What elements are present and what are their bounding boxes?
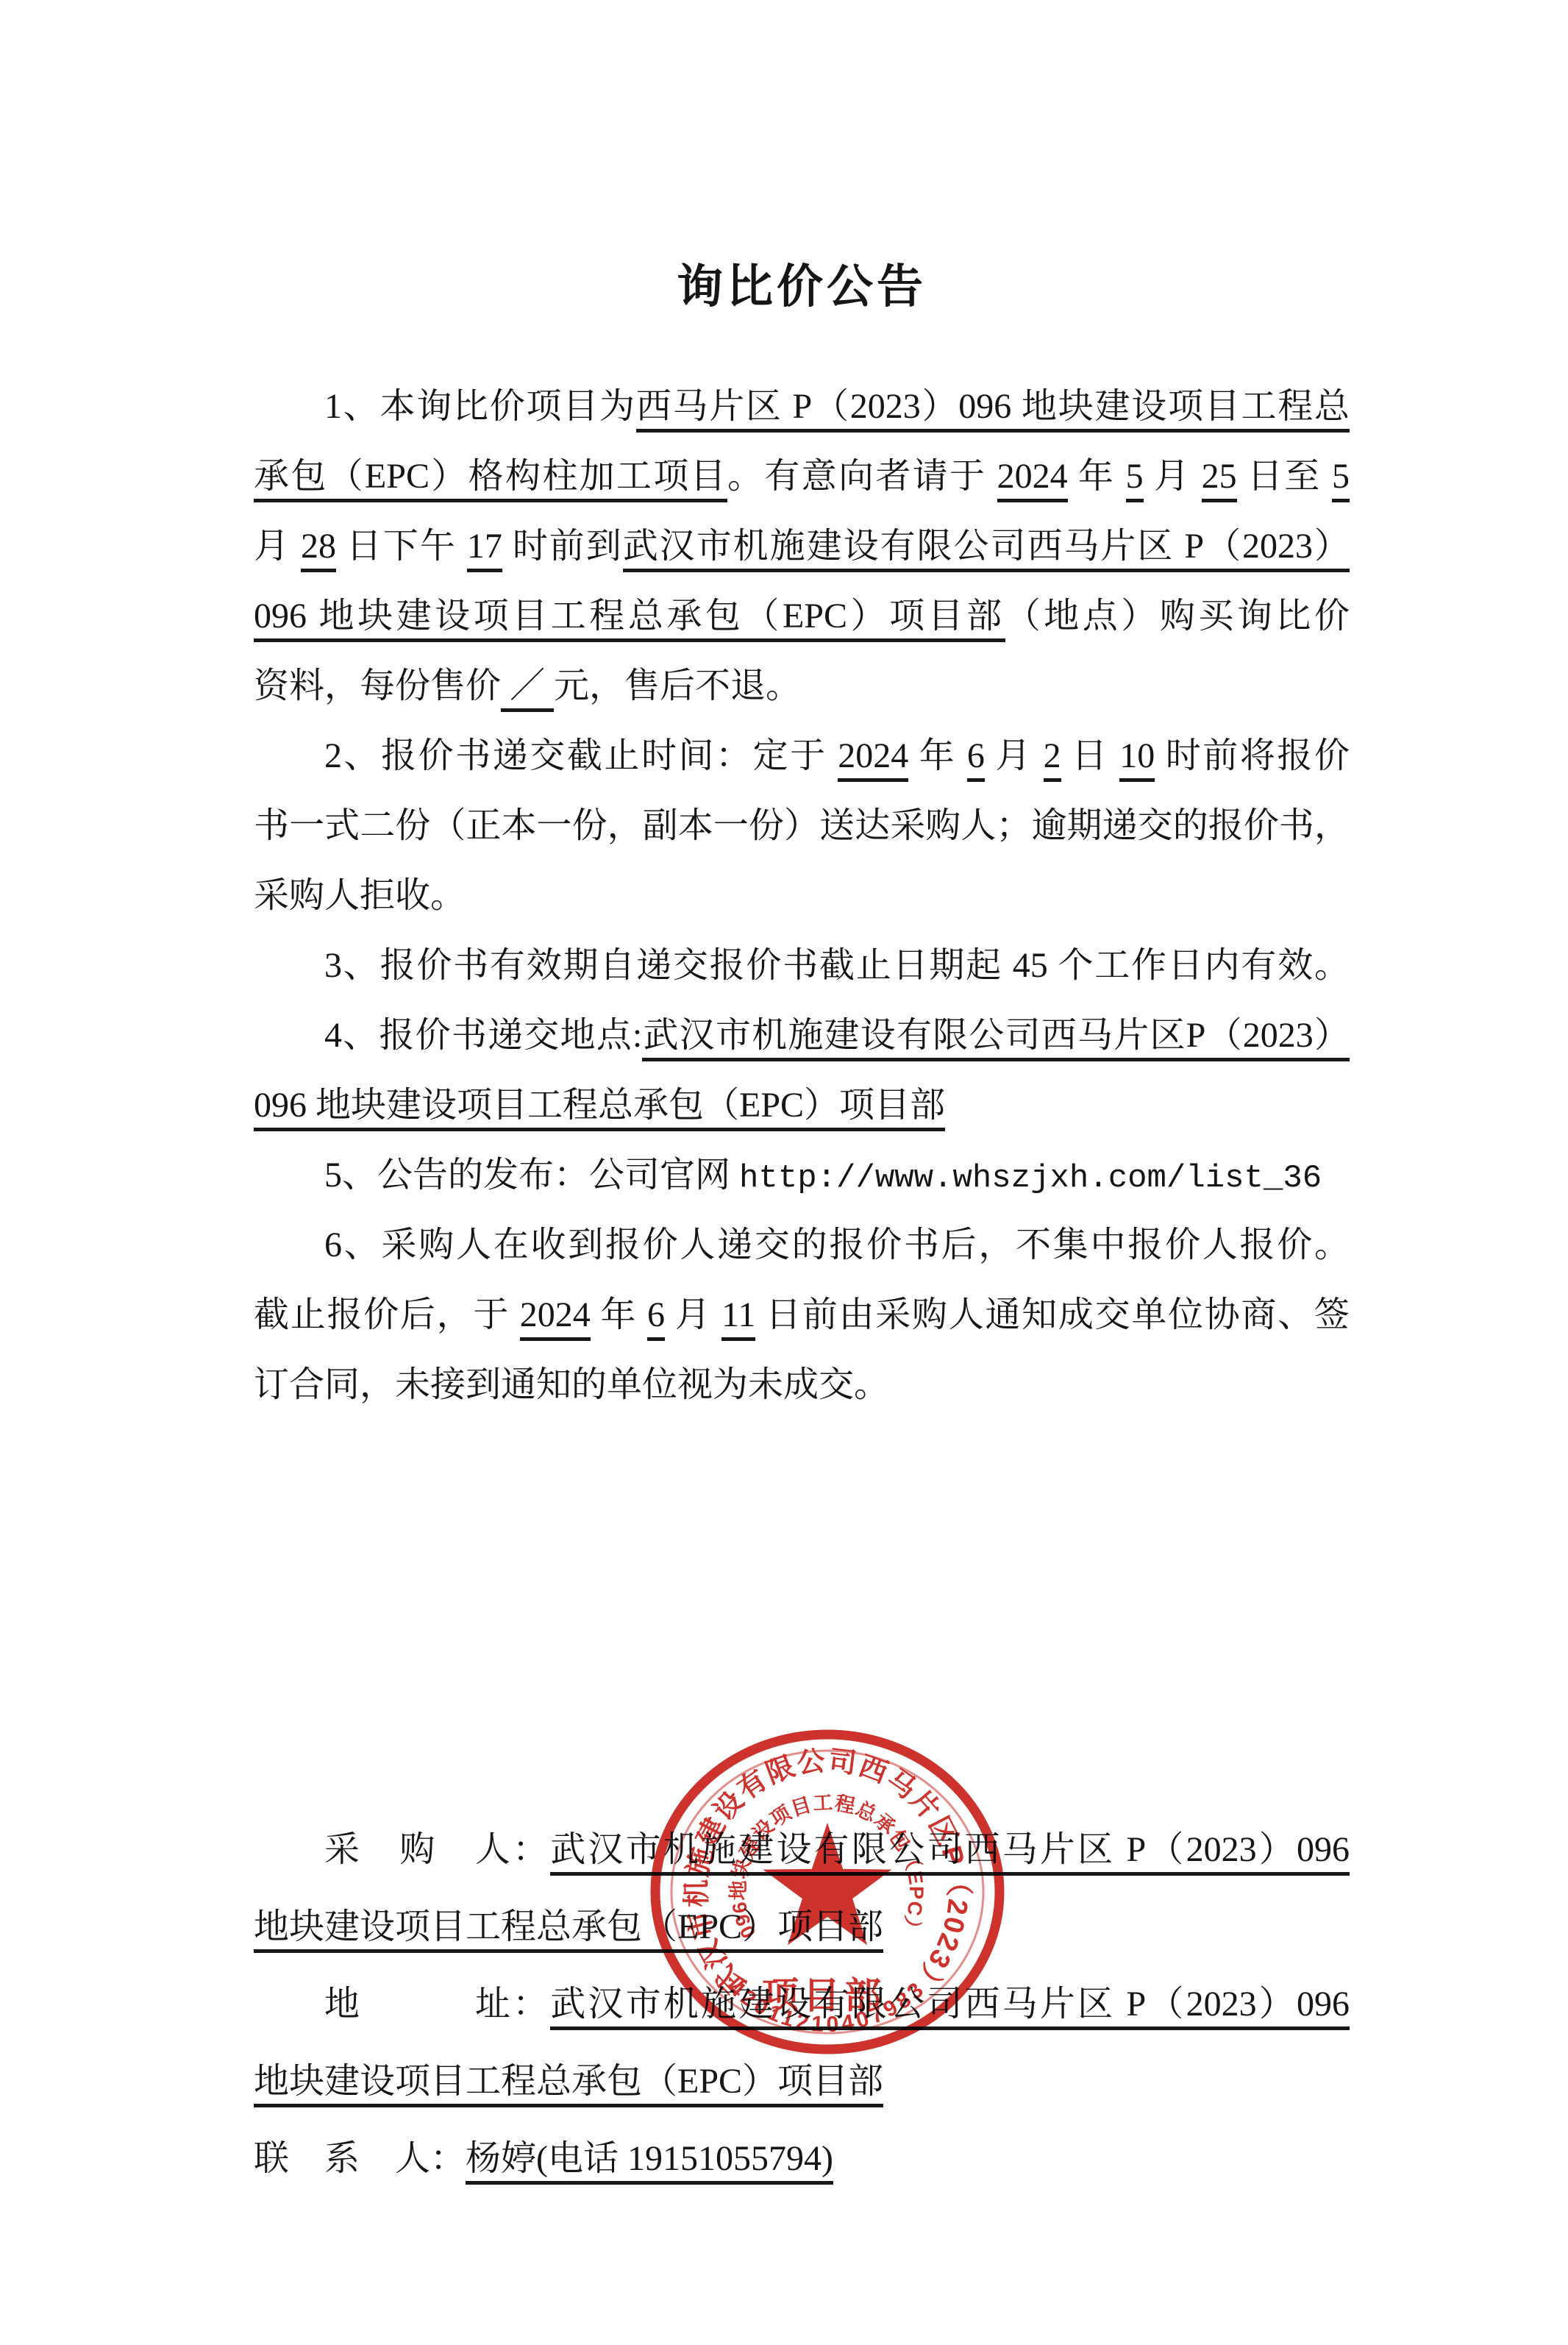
document-line: 4、报价书递交地点:武汉市机施建设有限公司西马片区P（2023） xyxy=(254,1000,1350,1070)
document-line: 096 地块建设项目工程总承包（EPC）项目部（地点）购买询比价 xyxy=(254,581,1350,651)
document-line: 承包（EPC）格构柱加工项目。有意向者请于 2024 年 5 月 25 日至 5 xyxy=(254,441,1350,511)
text-run: 截止报价后，于 xyxy=(254,1295,520,1334)
text-run: 书一式二份（正本一份，副本一份）送达采购人；逾期递交的报价书， xyxy=(254,806,1350,845)
underlined-text: 11 xyxy=(721,1295,755,1341)
official-seal-stamp: 武汉市机施建设有限公司西马片区P（2023） 096地块建设项目工程总承包（EP… xyxy=(636,1701,1019,2083)
document-line: 1、本询比价项目为西马片区 P（2023）096 地块建设项目工程总 xyxy=(254,371,1350,441)
document-body: 1、本询比价项目为西马片区 P（2023）096 地块建设项目工程总承包（EPC… xyxy=(254,371,1350,1420)
document-line: 6、采购人在收到报价人递交的报价书后，不集中报价人报价。 xyxy=(254,1210,1350,1280)
underlined-text: 5 xyxy=(1126,457,1144,502)
text-run: 采 购 人： xyxy=(324,1830,550,1869)
underlined-text: 2024 xyxy=(520,1295,591,1341)
text-run: 元，售后不退。 xyxy=(554,666,801,705)
text-run: 4、报价书递交地点: xyxy=(324,1016,642,1055)
document-line: 联 系 人：杨婷(电话 19151055794) xyxy=(254,2120,1350,2197)
document-line: 2、报价书递交截止时间：定于 2024 年 6 月 2 日 10 时前将报价 xyxy=(254,721,1350,791)
url-text: http://www.whszjxh.com/list_36 xyxy=(739,1160,1322,1197)
underlined-text: 2024 xyxy=(997,457,1068,502)
underlined-text: 6 xyxy=(967,736,985,782)
document-title: 询比价公告 xyxy=(254,253,1350,321)
text-run: 日至 xyxy=(1237,457,1332,496)
scanned-document-page: 询比价公告 1、本询比价项目为西马片区 P（2023）096 地块建设项目工程总… xyxy=(0,0,1568,2345)
document-line: 月 28 日下午 17 时前到武汉市机施建设有限公司西马片区 P（2023） xyxy=(254,511,1350,581)
underlined-text: 杨婷(电话 19151055794) xyxy=(466,2139,833,2185)
underlined-text: 10 xyxy=(1119,736,1155,782)
text-run: 年 xyxy=(908,736,967,775)
text-run: （地点）购买询比价 xyxy=(1005,597,1350,636)
document-line: 资料，每份售价 ／ 元，售后不退。 xyxy=(254,651,1350,721)
text-run: 年 xyxy=(591,1295,647,1334)
underlined-text: 2024 xyxy=(838,736,908,782)
underlined-text: 17 xyxy=(467,527,502,572)
text-run: 月 xyxy=(665,1295,721,1334)
underlined-text: 28 xyxy=(301,527,336,572)
document-line: 096 地块建设项目工程总承包（EPC）项目部 xyxy=(254,1070,1350,1140)
text-run: 年 xyxy=(1068,457,1126,496)
text-run: 5、公告的发布：公司官网 xyxy=(324,1156,739,1195)
underlined-text: 武汉市机施建设有限公司西马片区P（2023） xyxy=(642,1016,1350,1061)
text-run: 月 xyxy=(985,736,1044,775)
document-line: 3、报价书有效期自递交报价书截止日期起 45 个工作日内有效。 xyxy=(254,930,1350,1000)
text-run: 月 xyxy=(1144,457,1202,496)
text-run: 3、报价书有效期自递交报价书截止日期起 45 个工作日内有效。 xyxy=(324,946,1350,985)
underlined-text: 2 xyxy=(1044,736,1061,782)
underlined-text: 096 地块建设项目工程总承包（EPC）项目部 xyxy=(254,1086,945,1131)
underlined-text: 武汉市机施建设有限公司西马片区 P（2023） xyxy=(623,527,1350,572)
text-run: 联 系 人： xyxy=(254,2139,466,2178)
text-run: 2、报价书递交截止时间：定于 xyxy=(324,736,838,775)
text-run: 月 xyxy=(254,527,301,566)
underlined-text: ／ xyxy=(501,666,554,712)
underlined-text: 西马片区 P（2023）096 地块建设项目工程总 xyxy=(636,387,1350,433)
seal-star-icon xyxy=(763,1823,892,1945)
document-line: 5、公告的发布：公司官网 http://www.whszjxh.com/list… xyxy=(254,1140,1350,1210)
document-line: 订合同，未接到通知的单位视为未成交。 xyxy=(254,1350,1350,1420)
text-run: 资料，每份售价 xyxy=(254,666,501,705)
underlined-text: 096 地块建设项目工程总承包（EPC）项目部 xyxy=(254,597,1005,642)
text-run: 订合同，未接到通知的单位视为未成交。 xyxy=(254,1365,889,1404)
document-line: 截止报价后，于 2024 年 6 月 11 日前由采购人通知成交单位协商、签 xyxy=(254,1280,1350,1350)
underlined-text: 25 xyxy=(1202,457,1237,502)
text-run: 时前到 xyxy=(502,527,623,566)
text-run: 日 xyxy=(1061,736,1120,775)
text-run: 日下午 xyxy=(336,527,467,566)
underlined-text: 6 xyxy=(647,1295,665,1341)
text-run: 6、采购人在收到报价人递交的报价书后，不集中报价人报价。 xyxy=(324,1225,1350,1264)
document-line: 书一式二份（正本一份，副本一份）送达采购人；逾期递交的报价书， xyxy=(254,791,1350,861)
text-run: 1、本询比价项目为 xyxy=(324,387,636,426)
underlined-text: 5 xyxy=(1332,457,1350,502)
text-run: 。有意向者请于 xyxy=(727,457,997,496)
text-run: 时前将报价 xyxy=(1155,736,1350,775)
text-run: 日前由采购人通知成交单位协商、签 xyxy=(755,1295,1350,1334)
text-run: 采购人拒收。 xyxy=(254,876,466,915)
text-run: 地 址： xyxy=(324,1985,550,2024)
document-line: 采购人拒收。 xyxy=(254,861,1350,930)
underlined-text: 承包（EPC）格构柱加工项目 xyxy=(254,457,727,502)
